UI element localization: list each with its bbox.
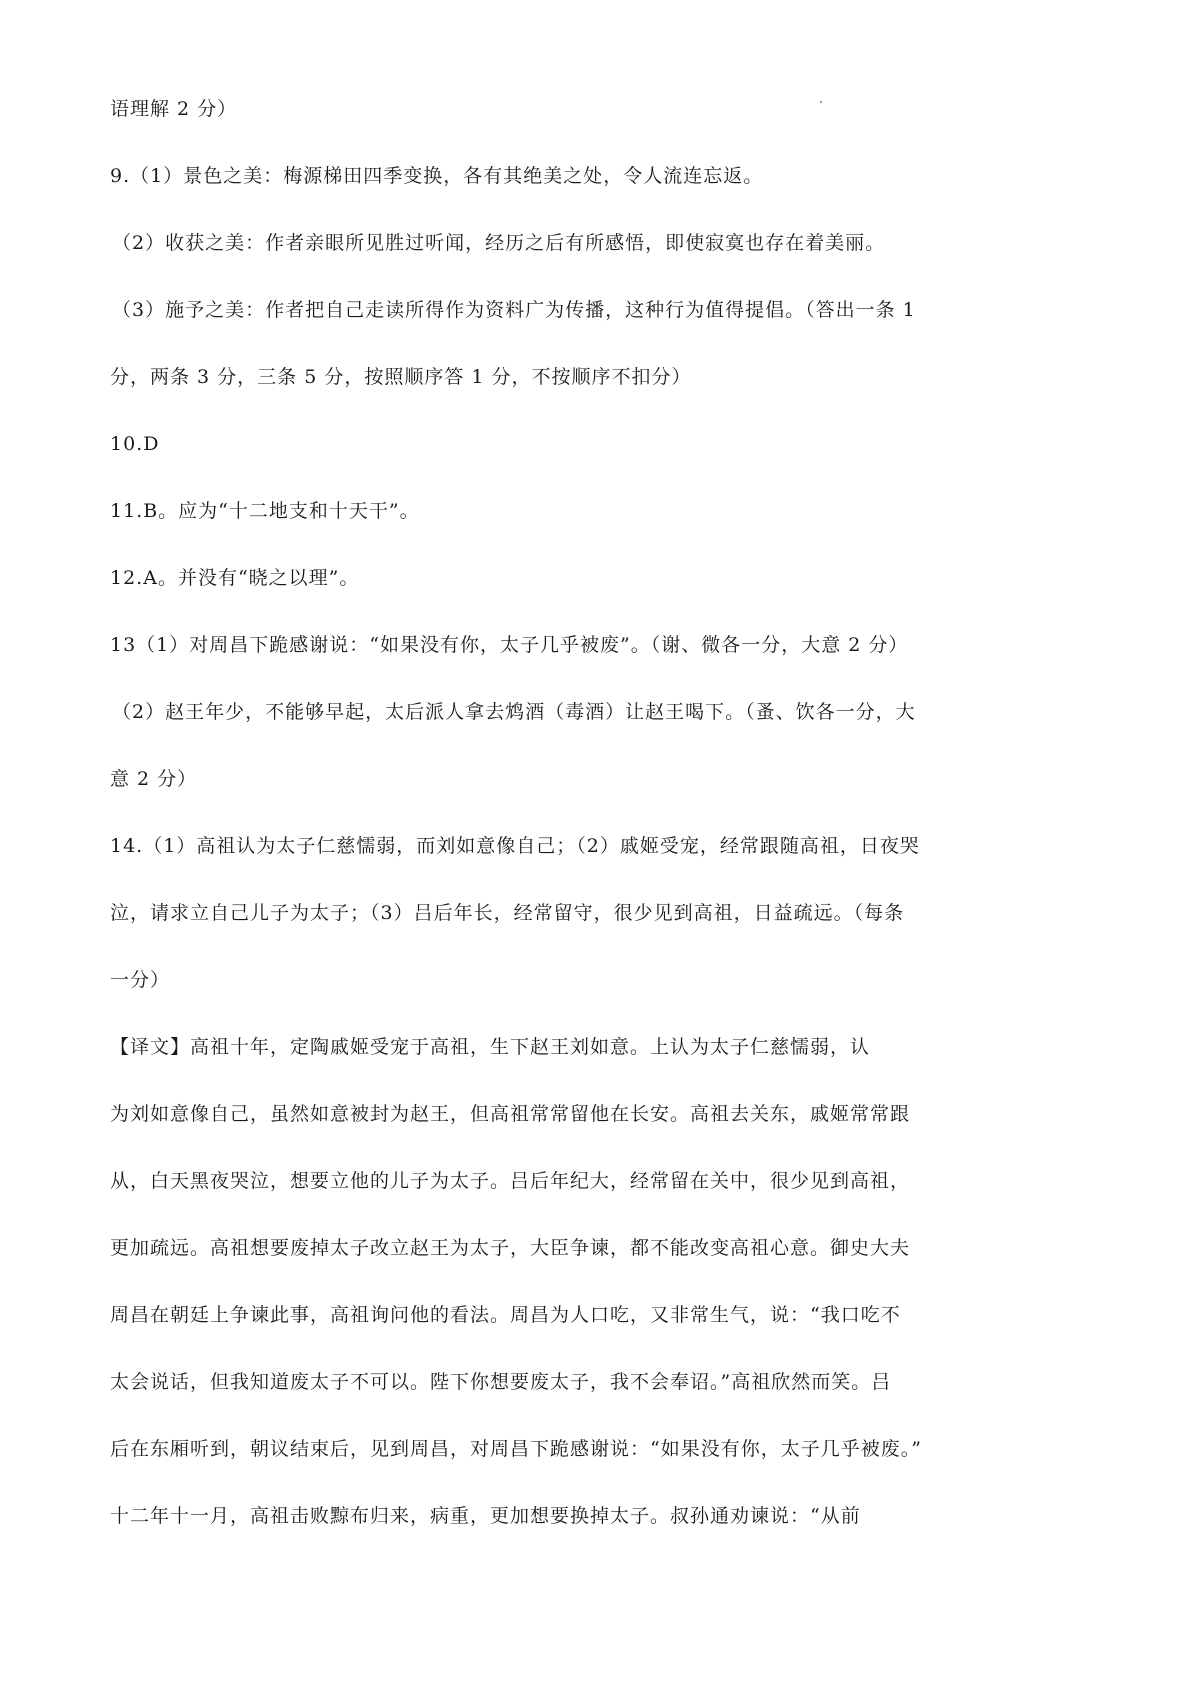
answer-13-item-2-cont: 意 2 分） bbox=[110, 766, 197, 792]
translation-line: 更加疏远。高祖想要废掉太子改立赵王为太子，大臣争谏，都不能改变高祖心意。御史大夫 bbox=[110, 1235, 910, 1261]
translation-line: 后在东厢听到，朝议结束后，见到周昌，对周昌下跪感谢说：“如果没有你，太子几乎被废… bbox=[110, 1436, 922, 1462]
answer-10: 10.D bbox=[110, 431, 159, 457]
answer-12: 12.A。并没有“晓之以理”。 bbox=[110, 565, 359, 591]
answer-14: 14.（1）高祖认为太子仁慈懦弱，而刘如意像自己；（2）戚姬受宠，经常跟随高祖，… bbox=[110, 833, 920, 859]
answer-13-item-1: 13（1）对周昌下跪感谢说：“如果没有你，太子几乎被废”。（谢、微各一分，大意 … bbox=[110, 632, 908, 658]
text-line: 语理解 2 分） bbox=[110, 96, 237, 122]
answer-9-item-1: 9.（1）景色之美：梅源梯田四季变换，各有其绝美之处，令人流连忘返。 bbox=[110, 163, 763, 189]
translation-heading-line: 【译文】高祖十年，定陶戚姬受宠于高祖，生下赵王刘如意。上认为太子仁慈懦弱，认 bbox=[110, 1034, 870, 1060]
document-page: 语理解 2 分） 9.（1）景色之美：梅源梯田四季变换，各有其绝美之处，令人流连… bbox=[0, 0, 1191, 1684]
translation-line: 太会说话，但我知道废太子不可以。陛下你想要废太子，我不会奉诏。”高祖欣然而笑。吕 bbox=[110, 1369, 891, 1395]
answer-9-item-3: （3）施予之美：作者把自己走读所得作为资料广为传播，这种行为值得提倡。（答出一条… bbox=[112, 297, 916, 323]
translation-line: 为刘如意像自己，虽然如意被封为赵王，但高祖常常留他在长安。高祖去关东，戚姬常常跟 bbox=[110, 1101, 910, 1127]
translation-line: 周昌在朝廷上争谏此事，高祖询问他的看法。周昌为人口吃，又非常生气，说：“我口吃不 bbox=[110, 1302, 901, 1328]
answer-13-item-2: （2）赵王年少，不能够早起，太后派人拿去鸩酒（毒酒）让赵王喝下。（蚤、饮各一分，… bbox=[112, 699, 916, 725]
translation-line: 十二年十一月，高祖击败黥布归来，病重，更加想要换掉太子。叔孙通劝谏说：“从前 bbox=[110, 1503, 861, 1529]
answer-9-scoring: 分，两条 3 分，三条 5 分，按照顺序答 1 分，不按顺序不扣分） bbox=[110, 364, 692, 390]
answer-11: 11.B。应为“十二地支和十天干”。 bbox=[110, 498, 420, 524]
translation-line: 从，白天黑夜哭泣，想要立他的儿子为太子。吕后年纪大，经常留在关中，很少见到高祖， bbox=[110, 1168, 910, 1194]
answer-14-cont: 泣，请求立自己儿子为太子；（3）吕后年长，经常留守，很少见到高祖，日益疏远。（每… bbox=[110, 900, 904, 926]
scan-speck bbox=[820, 101, 822, 103]
answer-9-item-2: （2）收获之美：作者亲眼所见胜过听闻，经历之后有所感悟，即使寂寞也存在着美丽。 bbox=[112, 230, 885, 256]
answer-14-scoring: 一分） bbox=[110, 967, 170, 993]
